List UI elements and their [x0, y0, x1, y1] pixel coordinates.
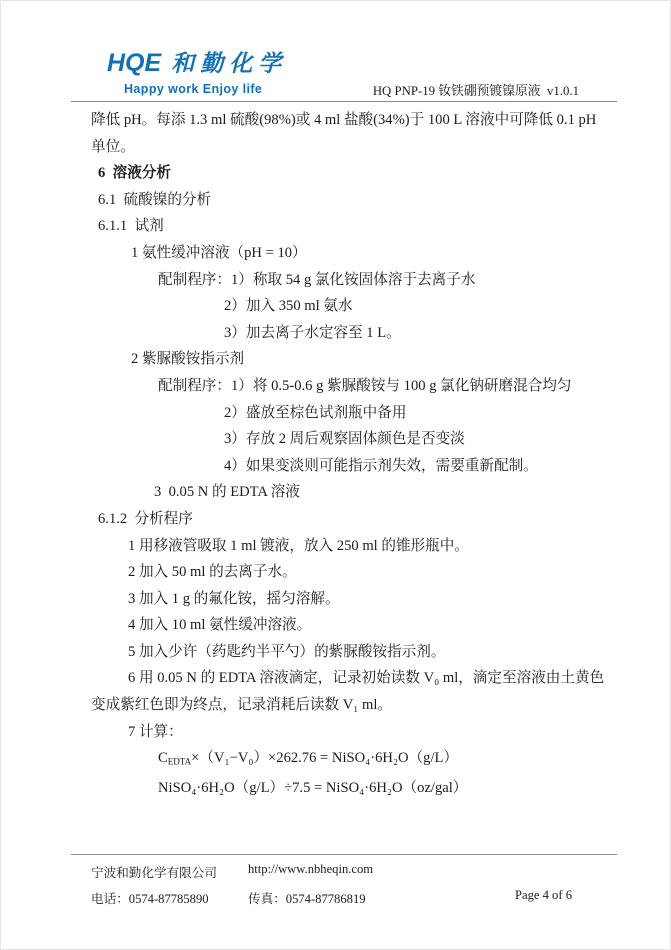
- logo-tagline: Happy work Enjoy life: [124, 82, 287, 96]
- formula-text: ×（V₁−V₀）×262.76 = NiSO₄·6H₂O（g/L）: [191, 750, 458, 766]
- footer-fax: 传真：0574-87786819: [248, 888, 366, 907]
- body-line: 2）盛放至棕色试剂瓶中备用: [91, 400, 583, 427]
- body-line: 变成紫红色即为终点，记录消耗后读数 V₁ ml。: [91, 692, 583, 719]
- page-number: Page 4 of 6: [515, 888, 572, 903]
- body-line: 3 加入 1 g 的氟化铵，摇匀溶解。: [91, 586, 583, 613]
- body-line: 7 计算：: [91, 719, 583, 746]
- body-line: 1 氨性缓冲溶液（pH = 10）: [91, 240, 583, 267]
- body-lines: 降低 pH。每添 1.3 ml 硫酸(98%)或 4 ml 盐酸(34%)于 1…: [91, 107, 583, 802]
- body-line: 降低 pH。每添 1.3 ml 硫酸(98%)或 4 ml 盐酸(34%)于 1…: [91, 107, 583, 134]
- logo-company-name: 和勤化学: [171, 45, 287, 78]
- body-line: 配制程序：1）称取 54 g 氯化铵固体溶于去离子水: [91, 267, 583, 294]
- body-line: CEDTA×（V₁−V₀）×262.76 = NiSO₄·6H₂O（g/L）: [91, 745, 583, 775]
- body-line: 1 用移液管吸取 1 ml 镀液，放入 250 ml 的锥形瓶中。: [91, 533, 583, 560]
- document-title: HQ PNP-19 钕铁硼预镀镍原液 v1.0.1: [373, 80, 579, 99]
- body-line: 6 溶液分析: [91, 160, 583, 187]
- body-line: 3 0.05 N 的 EDTA 溶液: [91, 479, 583, 506]
- body-line: 3）存放 2 周后观察固体颜色是否变淡: [91, 426, 583, 453]
- document-page: HQE 和勤化学 Happy work Enjoy life HQ PNP-19…: [0, 0, 671, 950]
- body-line: 单位。: [91, 134, 583, 161]
- body-line: 6.1.2 分析程序: [91, 506, 583, 533]
- body-line: 3）加去离子水定容至 1 L。: [91, 320, 583, 347]
- body-line: 2 加入 50 ml 的去离子水。: [91, 559, 583, 586]
- body-line: 6 用 0.05 N 的 EDTA 溶液滴定，记录初始读数 V₀ ml，滴定至溶…: [91, 665, 583, 692]
- body-line: NiSO₄·6H₂O（g/L）÷7.5 = NiSO₄·6H₂O（oz/gal）: [91, 775, 583, 802]
- header-divider: [71, 101, 617, 102]
- body-line: 4）如果变淡则可能指示剂失效，需要重新配制。: [91, 453, 583, 480]
- body-line: 6.1.1 试剂: [91, 213, 583, 240]
- body-line: 配制程序：1）将 0.5-0.6 g 紫脲酸铵与 100 g 氯化钠研磨混合均匀: [91, 373, 583, 400]
- body-line: 4 加入 10 ml 氨性缓冲溶液。: [91, 612, 583, 639]
- logo-mark-icon: HQE: [107, 49, 161, 78]
- formula-subscript: EDTA: [168, 757, 191, 767]
- company-logo: HQE 和勤化学 Happy work Enjoy life: [107, 45, 287, 96]
- footer-divider: [71, 854, 617, 855]
- formula-text: C: [158, 750, 168, 766]
- body-line: 6.1 硫酸镍的分析: [91, 187, 583, 214]
- body-line: 2 紫脲酸铵指示剂: [91, 346, 583, 373]
- body-line: 2）加入 350 ml 氨水: [91, 293, 583, 320]
- footer-company-name: 宁波和勤化学有限公司: [91, 862, 217, 881]
- footer-website-url: http://www.nbheqin.com: [248, 862, 373, 877]
- footer-telephone: 电话：0574-87785890: [91, 888, 209, 907]
- body-line: 5 加入少许（药匙约半平勺）的紫脲酸铵指示剂。: [91, 639, 583, 666]
